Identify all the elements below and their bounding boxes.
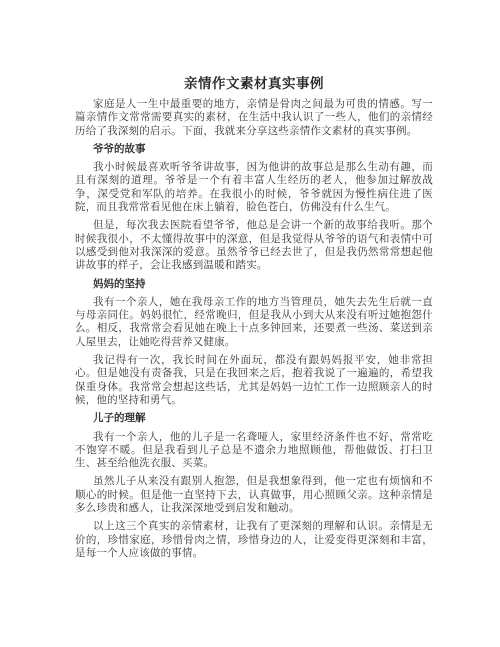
mother-paragraph-2: 我记得有一次，我长时间在外面玩，都没有跟妈妈报平安，她非常担心。但是她没有责备我… — [75, 354, 433, 407]
conclusion-paragraph: 以上这三个真实的亲情素材，让我有了更深刻的理解和认识。亲情是无价的，珍惜家庭，珍… — [75, 520, 433, 560]
document-page: 亲情作文素材真实事例 家庭是人一生中最重要的地方，亲情是骨肉之间最为可贵的情感。… — [0, 0, 500, 647]
son-paragraph-2: 虽然儿子从来没有跟别人抱怨，但是我想象得到，他一定也有烦恼和不顺心的时候。但是他… — [75, 475, 433, 515]
grandpa-paragraph-2: 但是，每次我去医院看望爷爷，他总是会讲一个新的故事给我听。那个时候我很小，不太懂… — [75, 219, 433, 272]
section-heading-son-understanding: 儿子的理解 — [75, 412, 433, 425]
intro-paragraph: 家庭是人一生中最重要的地方，亲情是骨肉之间最为可贵的情感。写一篇亲情作文常常需要… — [75, 98, 433, 138]
grandpa-paragraph-1: 我小时候最喜欢听爷爷讲故事，因为他讲的故事总是那么生动有趣，而且有深刻的道理。爷… — [75, 161, 433, 214]
section-heading-mother-persistence: 妈妈的坚持 — [75, 278, 433, 291]
son-paragraph-1: 我有一个亲人，他的儿子是一名聋哑人，家里经济条件也不好，常常吃不饱穿不暖。但是我… — [75, 431, 433, 471]
document-title: 亲情作文素材真实事例 — [75, 76, 433, 92]
mother-paragraph-1: 我有一个亲人，她在我母亲工作的地方当管理员，她失去先生后就一直与母亲同住。妈妈很… — [75, 296, 433, 349]
section-heading-grandpa-story: 爷爷的故事 — [75, 143, 433, 156]
